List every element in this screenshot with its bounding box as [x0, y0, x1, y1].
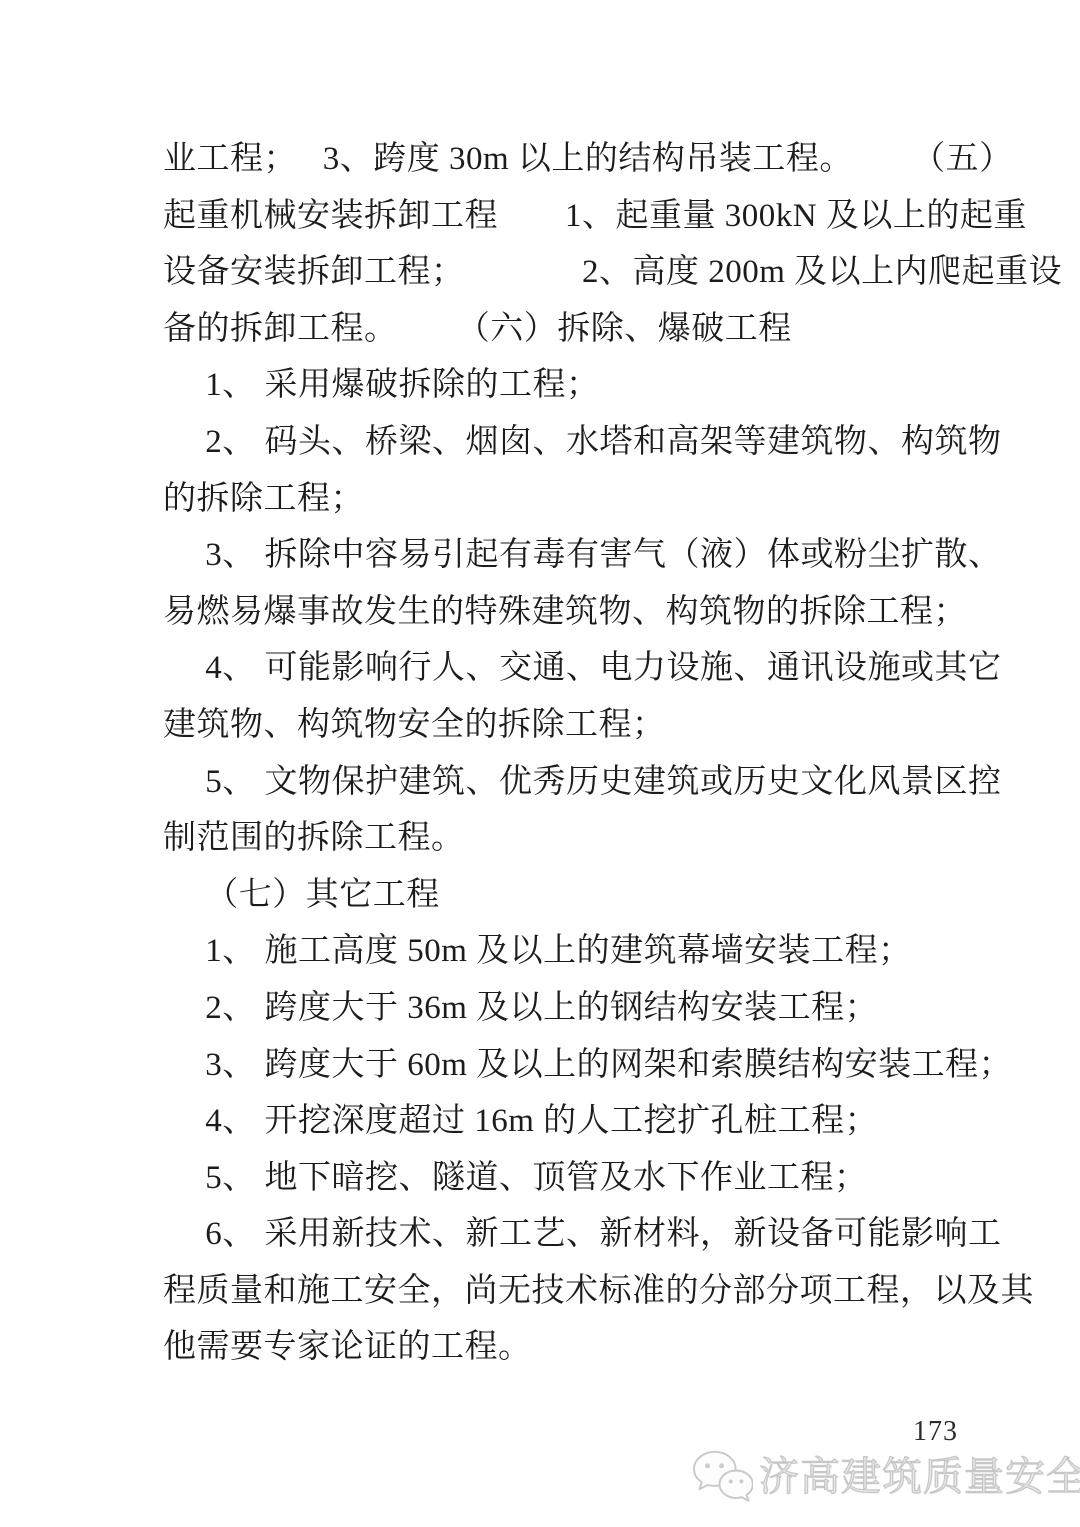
text-line: 1、 采用爆破拆除的工程； — [163, 357, 933, 414]
text-line: 4、 开挖深度超过 16m 的人工挖扩孔桩工程； — [163, 1093, 933, 1150]
text-line: 设备安装拆卸工程； 2、高度 200m 及以上内爬起重设 — [163, 244, 933, 301]
text-line: 业工程； 3、跨度 30m 以上的结构吊装工程。 （五） — [163, 131, 933, 188]
text-line: 3、 拆除中容易引起有毒有害气（液）体或粉尘扩散、 — [163, 527, 933, 584]
document-page: 业工程； 3、跨度 30m 以上的结构吊装工程。 （五）起重机械安装拆卸工程 1… — [0, 0, 1080, 1527]
text-line: 备的拆卸工程。 （六）拆除、爆破工程 — [163, 301, 933, 358]
text-line: 的拆除工程； — [163, 471, 933, 528]
page-number: 173 — [913, 1416, 958, 1448]
text-line: 起重机械安装拆卸工程 1、起重量 300kN 及以上的起重 — [163, 188, 933, 245]
text-line: 3、 跨度大于 60m 及以上的网架和索膜结构安装工程； — [163, 1037, 933, 1094]
text-line: 易燃易爆事故发生的特殊建筑物、构筑物的拆除工程； — [163, 584, 933, 641]
text-line: 建筑物、构筑物安全的拆除工程； — [163, 697, 933, 754]
text-line: 5、 文物保护建筑、优秀历史建筑或历史文化风景区控 — [163, 754, 933, 811]
wechat-icon — [693, 1450, 753, 1504]
document-body: 业工程； 3、跨度 30m 以上的结构吊装工程。 （五）起重机械安装拆卸工程 1… — [163, 131, 933, 1376]
text-line: 6、 采用新技术、新工艺、新材料，新设备可能影响工 — [163, 1206, 933, 1263]
text-line: 1、 施工高度 50m 及以上的建筑幕墙安装工程； — [163, 923, 933, 980]
text-line: （七）其它工程 — [163, 867, 933, 924]
text-line: 2、 码头、桥梁、烟囱、水塔和高架等建筑物、构筑物 — [163, 414, 933, 471]
text-line: 5、 地下暗挖、隧道、顶管及水下作业工程； — [163, 1150, 933, 1207]
watermark: 济高建筑质量安全新高地 — [693, 1450, 1080, 1504]
watermark-text: 济高建筑质量安全新高地 — [759, 1450, 1080, 1504]
text-line: 2、 跨度大于 36m 及以上的钢结构安装工程； — [163, 980, 933, 1037]
text-line: 程质量和施工安全，尚无技术标准的分部分项工程，以及其 — [163, 1263, 933, 1320]
text-line: 4、 可能影响行人、交通、电力设施、通讯设施或其它 — [163, 640, 933, 697]
text-line: 制范围的拆除工程。 — [163, 810, 933, 867]
text-line: 他需要专家论证的工程。 — [163, 1319, 933, 1376]
